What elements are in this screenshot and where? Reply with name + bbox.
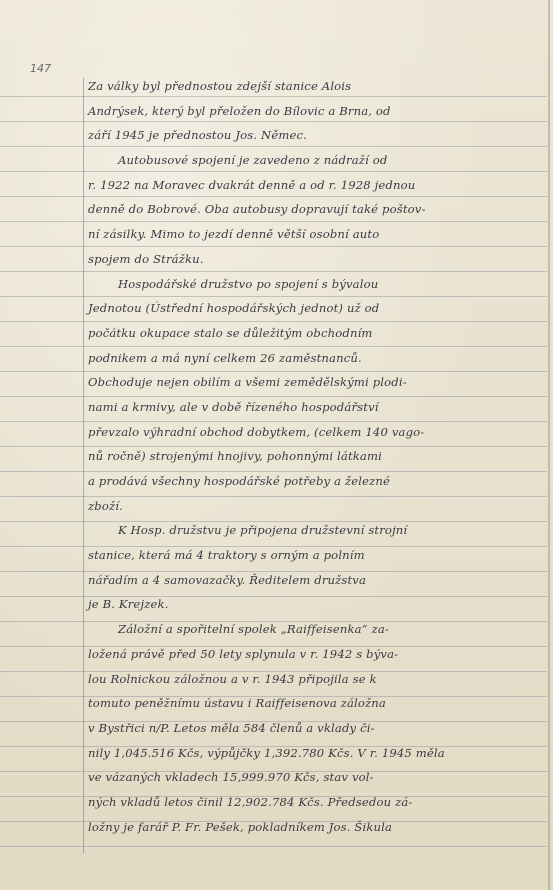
text-line: je B. Krejzek. [88, 590, 543, 615]
handwritten-text: Za války byl přednostou zdejší stanice A… [88, 72, 543, 837]
text-line: nily 1,045.516 Kčs, výpůjčky 1,392.780 K… [88, 739, 543, 764]
text-line: ve vázaných vkladech 15,999.970 Kčs, sta… [88, 763, 543, 788]
text-line: září 1945 je přednostou Jos. Němec. [88, 121, 543, 146]
page-number: 147 [30, 62, 51, 75]
page-edge [548, 0, 550, 890]
text-line: v Bystřici n/P. Letos měla 584 členů a v… [88, 714, 543, 739]
text-line: podnikem a má nyní celkem 26 zaměstnanců… [88, 344, 543, 369]
text-line: spojem do Strážku. [88, 245, 543, 270]
text-line: zboží. [88, 492, 543, 517]
text-line: a prodává všechny hospodářské potřeby a … [88, 467, 543, 492]
text-line: Jednotou (Ústřední hospodářských jednot)… [88, 294, 543, 319]
text-line: r. 1922 na Moravec dvakrát denně a od r.… [88, 171, 543, 196]
text-line: Obchoduje nejen obilím a všemi zemědělsk… [88, 368, 543, 393]
text-line: Andrýsek, který byl přeložen do Bílovic … [88, 97, 543, 122]
text-line: stanice, která má 4 traktory s orným a p… [88, 541, 543, 566]
text-line: ní zásilky. Mimo to jezdí denně větší os… [88, 220, 543, 245]
text-line: denně do Bobrové. Oba autobusy dopravují… [88, 195, 543, 220]
text-line: počátku okupace stalo se důležitým obcho… [88, 319, 543, 344]
manuscript-page: 147 Za války byl přednostou zdejší stani… [0, 0, 553, 890]
text-line: Záložní a spořitelní spolek „Raiffeisenk… [88, 615, 543, 640]
margin-line [83, 78, 84, 853]
text-line: lou Rolnickou záložnou a v r. 1943 připo… [88, 665, 543, 690]
text-line: K Hosp. družstvu je připojena družstevní… [88, 516, 543, 541]
text-line: Hospodářské družstvo po spojení s bývalo… [88, 270, 543, 295]
text-line: nů ročně) strojenými hnojivy, pohonnými … [88, 442, 543, 467]
text-line: nářadím a 4 samovazačky. Ředitelem družs… [88, 566, 543, 591]
text-line: Autobusové spojení je zavedeno z nádraží… [88, 146, 543, 171]
text-line: nami a krmivy, ale v době řízeného hospo… [88, 393, 543, 418]
text-line: ložená právě před 50 lety splynula v r. … [88, 640, 543, 665]
text-line: Za války byl přednostou zdejší stanice A… [88, 72, 543, 97]
text-line: ných vkladů letos činil 12,902.784 Kčs. … [88, 788, 543, 813]
text-line: tomuto peněžnímu ústavu i Raiffeisenova … [88, 689, 543, 714]
text-line: ložny je farář P. Fr. Pešek, pokladníkem… [88, 813, 543, 838]
text-line: převzalo výhradní obchod dobytkem, (celk… [88, 418, 543, 443]
